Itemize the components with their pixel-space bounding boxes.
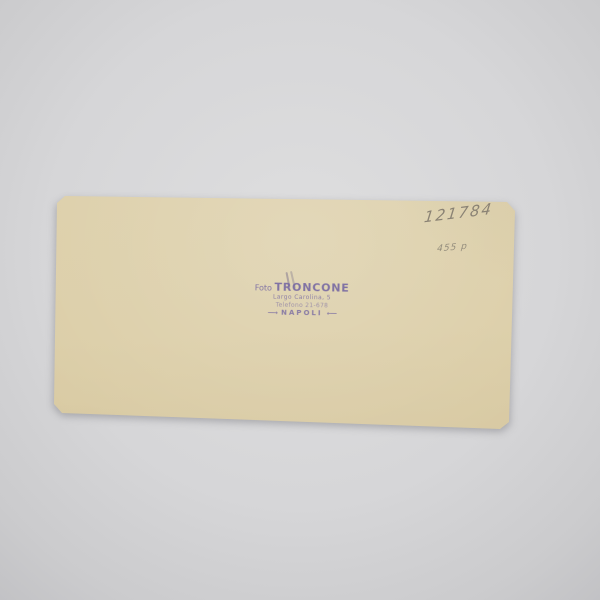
handwritten-catalog-number: 121784 xyxy=(423,200,494,227)
stamp-studio-name: TRONCONE xyxy=(274,281,349,295)
stamp-right-arrow-icon: ←— xyxy=(327,310,336,317)
stamp-left-arrow-icon: —→ xyxy=(268,310,277,317)
stamp-city-line: —→ NAPOLI ←— xyxy=(242,308,362,319)
stamp-studio-prefix: Foto xyxy=(255,283,272,292)
stamp-city-name: NAPOLI xyxy=(281,309,323,318)
photo-background: Foto TRONCONE Largo Carolina, 5 Telefono… xyxy=(0,0,600,600)
handwritten-note: 455 p xyxy=(437,242,469,255)
studio-stamp: Foto TRONCONE Largo Carolina, 5 Telefono… xyxy=(242,281,362,319)
